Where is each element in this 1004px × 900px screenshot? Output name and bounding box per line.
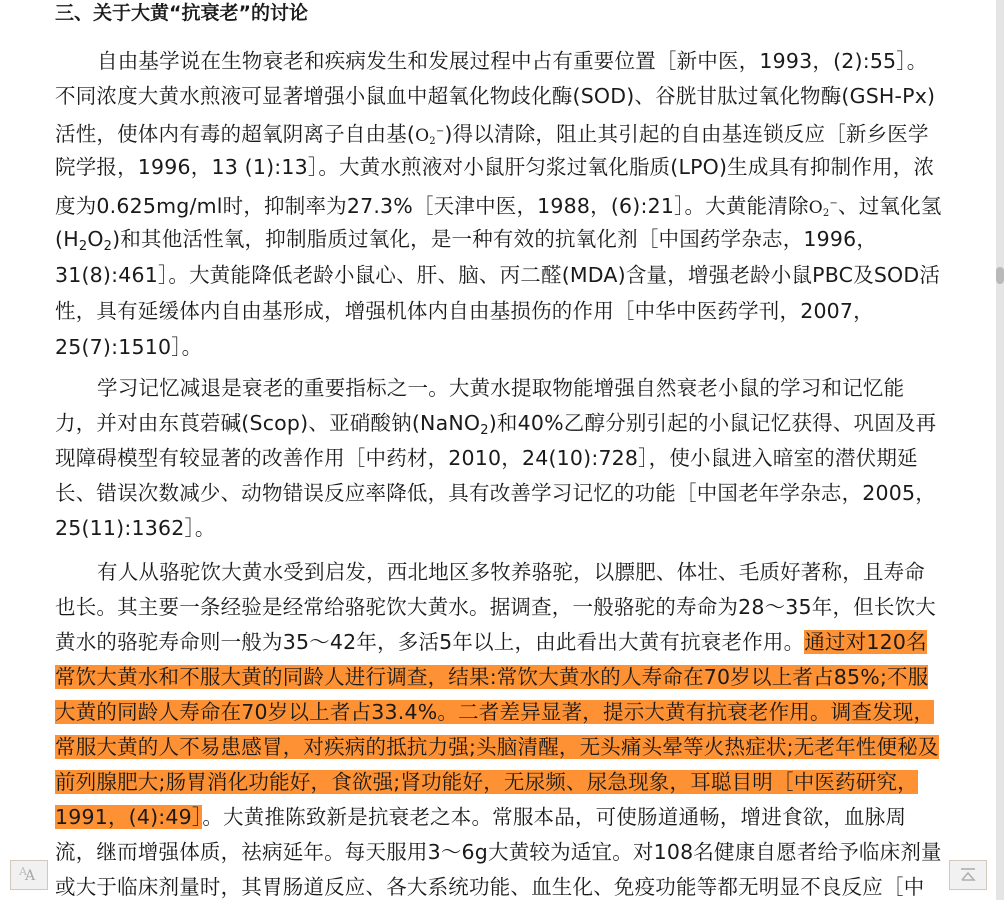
text-run: (H [55,227,79,251]
font-size-button[interactable]: A A [10,860,48,890]
paragraph-line: 31(8):461］。大黄能降低老龄小鼠心、肝、脑、丙二醛(MDA)含量，增强老… [55,258,940,293]
text-run: O [87,227,103,251]
paragraph-line: 学习记忆减退是衰老的重要指标之一。大黄水提取物能增强自然衰老小鼠的学习和记忆能 [97,371,904,406]
subscript: 2 [104,239,112,254]
paragraph-line: 长、错误次数减少、动物错误反应率降低，具有改善学习记忆的功能［中国老年学杂志，2… [55,476,936,511]
paragraph-line: 有人从骆驼饮大黄水受到启发，西北地区多牧养骆驼，以膘肥、体壮、毛质好著称，且寿命 [97,555,925,590]
paragraph-line: 1991，(4):49］。大黄推陈致新是抗衰老之本。常服本品，可使肠道通畅，增进… [55,800,906,835]
paragraph-line: 流，继而增强体质，祛病延年。每天服用3～6g大黄较为适宜。对108名健康自愿者给… [55,835,942,870]
text-run: )得以清除，阻止其引起的自由基连锁反应［新乡医学 [444,122,928,146]
paragraph-line: 院学报，1996，13 (1):13］。大黄水煎液对小鼠肝匀浆过氧化脂质(LPO… [55,150,934,185]
text-run: 、过氧化氢 [838,194,942,218]
paragraph-line: 或大于临床剂量时，其胃肠道反应、各大系统功能、血生化、免疫功能等都无明显不良反应… [55,870,924,900]
superoxide-formula: O2− [809,198,838,218]
paragraph-line: 性，具有延缓体内自由基形成，增强机体内自由基损伤的作用［中华中医药学刊，2007… [55,294,874,329]
text-run: 度为0.625mg/ml时，抑制率为27.3%［天津中医，1988，(6):21… [55,194,809,218]
paragraph-line: 现障碍模型有较显著的改善作用［中药材，2010，24(10):728］，使小鼠进… [55,441,918,476]
paragraph-line: 活性，使体内有毒的超氧阴离子自由基(O2−)得以清除，阻止其引起的自由基连锁反应… [55,114,929,149]
highlighted-text[interactable]: 1991，(4):49］ [55,805,202,829]
highlighted-text[interactable]: 大黄的同龄人寿命在70岁以上者占33.4%。二者差异显著，提示大黄有抗衰老作用。… [55,700,934,724]
paragraph-line: 25(7):1510］。 [55,330,202,365]
highlighted-text[interactable]: 常饮大黄水和不服大黄的同龄人进行调查，结果:常饮大黄水的人寿命在70岁以上者占8… [55,665,928,689]
superoxide-formula: O2− [415,126,444,146]
paragraph-line: 力，并对由东莨菪碱(Scop)、亚硝酸钠(NaNO2)和40%乙醇分别引起的小鼠… [55,406,936,441]
vertical-scrollbar[interactable] [996,0,1004,900]
scrollbar-thumb[interactable] [996,267,1004,284]
text-run: 活性，使体内有毒的超氧阴离子自由基( [55,122,415,146]
paragraph-line: 25(11):1362］。 [55,511,216,546]
text-run: 。大黄推陈致新是抗衰老之本。常服本品，可使肠道通畅，增进食欲，血脉周 [202,805,906,829]
text-run: )和40%乙醇分别引起的小鼠记忆获得、巩固及再 [489,411,937,435]
document-page: 三、关于大黄“抗衰老”的讨论 自由基学说在生物衰老和疾病发生和发展过程中占有重要… [0,0,996,900]
paragraph-line: 前列腺肥大;肠胃消化功能好，食欲强;肾功能好，无尿频、尿急现象，耳聪目明［中医药… [55,765,918,800]
font-size-icon: A A [18,866,40,884]
paragraph-line: 自由基学说在生物衰老和疾病发生和发展过程中占有重要位置［新中医，1993，(2)… [97,44,927,79]
subscript: 2 [480,423,488,438]
text-run: 力，并对由东莨菪碱(Scop)、亚硝酸钠(NaNO [55,411,480,435]
paragraph-line: (H2O2)和其他活性氧，抑制脂质过氧化，是一种有效的抗氧化剂［中国药学杂志，1… [55,222,877,257]
highlighted-text[interactable]: 常服大黄的人不易患感冒，对疾病的抵抗力强;头脑清醒，无头痛头晕等火热症状;无老年… [55,735,939,759]
back-to-top-icon [959,867,977,883]
text-run: )和其他活性氧，抑制脂质过氧化，是一种有效的抗氧化剂［中国药学杂志，1996， [112,227,877,251]
paragraph-line: 大黄的同龄人寿命在70岁以上者占33.4%。二者差异显著，提示大黄有抗衰老作用。… [55,695,934,730]
paragraph-line: 黄水的骆驼寿命则一般为35～42年，多活5年以上，由此看出大黄有抗衰老作用。通过… [55,625,927,660]
paragraph-line: 常服大黄的人不易患感冒，对疾病的抵抗力强;头脑清醒，无头痛头晕等火热症状;无老年… [55,730,939,765]
text-run: 黄水的骆驼寿命则一般为35～42年，多活5年以上，由此看出大黄有抗衰老作用。 [55,630,804,654]
back-to-top-button[interactable] [949,860,987,890]
paragraph-line: 不同浓度大黄水煎液可显著增强小鼠血中超氧化物歧化酶(SOD)、谷胱甘肽过氧化物酶… [55,79,935,114]
section-heading: 三、关于大黄“抗衰老”的讨论 [55,0,308,28]
paragraph-line: 度为0.625mg/ml时，抑制率为27.3%［天津中医，1988，(6):21… [55,186,942,221]
highlighted-text[interactable]: 前列腺肥大;肠胃消化功能好，食欲强;肾功能好，无尿频、尿急现象，耳聪目明［中医药… [55,770,918,794]
highlighted-text[interactable]: 通过对120名 [804,630,927,654]
paragraph-line: 也长。其主要一条经验是经常给骆驼饮大黄水。据调查，一般骆驼的寿命为28～35年，… [55,590,936,625]
paragraph-line: 常饮大黄水和不服大黄的同龄人进行调查，结果:常饮大黄水的人寿命在70岁以上者占8… [55,660,928,695]
